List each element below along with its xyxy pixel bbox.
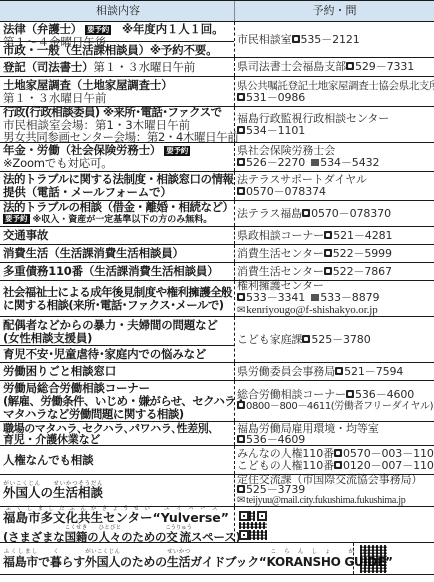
contact-name: 県司法書士会福島支部: [237, 60, 346, 73]
child-title: 育児不安･児童虐待･家庭内での悩みなど: [3, 348, 206, 361]
tel-icon: [346, 390, 354, 398]
column-divider: [234, 1, 235, 21]
mail-icon: ✉: [237, 305, 245, 316]
contact-email[interactable]: kenriyougo@f-shishakyo.or.jp: [246, 304, 377, 316]
land-schedule: 第１・３水曜日午前: [3, 92, 233, 104]
fax-icon: [311, 294, 319, 301]
admin-venue-2: 男女共同参画センター会場：第2・4木曜日午前: [3, 131, 233, 143]
column-divider: [234, 363, 235, 380]
tel-icon: [237, 293, 245, 301]
contact-tel[interactable]: 535－2121: [301, 33, 360, 46]
contact-tel[interactable]: 536－4600: [355, 388, 414, 401]
contact-name: 県政相談コーナー: [237, 229, 324, 242]
column-divider: [353, 543, 354, 574]
column-divider: [234, 317, 235, 362]
lawyer-title: 法律（弁護士）: [3, 22, 82, 36]
table-row-multiple-debt: 多重債務110番（生活課消費生活相談員） 消費生活センター522－7867: [0, 263, 434, 281]
column-divider: [234, 227, 235, 244]
table-row-koransho-guide: 福島市ふくしましで暮くらす外国人がいこくじんのための生活せいかつガイドブック“K…: [0, 543, 434, 575]
welfare-title-2: に関する相談(来所･電話･ファクス･メールで): [3, 299, 233, 312]
tel-icon: [237, 93, 245, 101]
legal-info-title-2: 提供（電話・メールフォームで）: [3, 186, 233, 199]
workplace-title-1: 職場のマタハラ､セクハラ､パワハラ､性差別､: [3, 423, 233, 434]
labor-trouble-title: 労働困りごと相談窓口: [3, 365, 233, 378]
traffic-title: 交通事故: [3, 229, 233, 242]
civic-contact-cell: 市民相談室535－2121: [237, 22, 432, 57]
tel-icon: [237, 158, 245, 166]
tel-icon: [237, 187, 245, 195]
table-row-administrative: 行政(行政相談委員) ※来所･電話･ファクスで 市民相談室会場：第1・3木曜日午…: [0, 107, 434, 143]
column-divider: [234, 143, 235, 171]
contact-name: 消費生活センター: [237, 265, 324, 278]
table-row-spouse-child: 配偶者などからの暴力・夫婦間の問題など (女性相談支援員) 育児不安･児童虐待･…: [0, 317, 434, 363]
column-divider: [234, 475, 235, 506]
tel-icon: [335, 367, 343, 375]
reservation-required-badge: 要予約: [164, 146, 190, 156]
reservation-required-badge: 要予約: [85, 25, 111, 35]
qr-code-koransho-guide[interactable]: [360, 545, 387, 573]
koransho-title: 福島市ふくしましで暮くらす外国人がいこくじんのための生活せいかつガイドブック“K…: [3, 549, 348, 569]
tel-icon: [237, 401, 245, 409]
tel-icon: [334, 461, 342, 469]
contact-tel[interactable]: 0120－007－110: [343, 459, 434, 472]
column-divider: [234, 422, 235, 445]
column-divider: [234, 381, 235, 421]
row-divider: [0, 41, 234, 42]
registry-schedule: 第１・３水曜日午前: [93, 60, 195, 74]
contact-tel[interactable]: 521－4281: [333, 229, 392, 242]
tel-icon: [302, 209, 310, 217]
legal-consult-title: 法的トラブルの相談（借金・離婚・相続など）: [3, 201, 233, 214]
fax-icon: [311, 159, 319, 166]
tel-icon: [324, 267, 332, 275]
column-divider: [234, 201, 235, 226]
tel-icon: [237, 435, 245, 443]
table-row-multicultural-center: 福島市多文化共生センターふくしましたぶんかきょうせい“Yulverseユイバース…: [0, 507, 434, 543]
table-row-welfare: 社会福祉士による成年後見制度や権利擁護全般 に関する相談(来所･電話･ファクス･…: [0, 281, 434, 317]
column-divider: [234, 107, 235, 142]
contact-email[interactable]: teijyuu@mail.city.fukushima.fukushima.jp: [246, 495, 405, 506]
contact-tel[interactable]: 522－7867: [333, 265, 392, 278]
column-divider: [234, 58, 235, 76]
table-row-foreigner-consult: 外国人がいこくじんの生活せいかつ相談そうだん 定住交流課（市国際交流協会事務局）…: [0, 475, 434, 507]
debt-title: 多重債務110番（生活課消費生活相談員）: [3, 265, 233, 278]
column-divider: [234, 245, 235, 262]
consumer-title: 消費生活（生活課消費生活相談員）: [3, 247, 233, 260]
labor-bureau-title-1: 労働局総合労働相談コーナー: [3, 382, 233, 395]
contact-tel[interactable]: 526－2270: [246, 156, 305, 169]
tel-icon: [237, 485, 245, 493]
row-divider: [0, 345, 234, 346]
table-row-consumer: 消費生活（生活課消費生活相談員） 消費生活センター522－5999: [0, 245, 434, 263]
contact-tel[interactable]: 521－7594: [344, 365, 403, 378]
legal-consult-note: ※収入・資産が一定基準以下の方のみ無料。: [33, 215, 213, 225]
column-divider: [234, 281, 235, 316]
column-divider: [234, 263, 235, 280]
tel-icon: [302, 335, 310, 343]
table-row-labor-trouble: 労働困りごと相談窓口 県労働委員会事務局521－7594: [0, 363, 434, 381]
welfare-title-1: 社会福祉士による成年後見制度や権利擁護全般: [3, 286, 233, 299]
tel-icon: [324, 249, 332, 257]
contact-tel[interactable]: 536－4609: [246, 433, 305, 446]
contact-tel[interactable]: 533－3341: [246, 291, 305, 304]
contact-tel[interactable]: 0570－078374: [246, 185, 326, 198]
lawyer-cell: 法律（弁護士）要予約※年度内１人１回。 第１～４金曜日午後 市政・一般（生活課相…: [3, 22, 233, 57]
contact-fax[interactable]: 534－5432: [320, 156, 379, 169]
contact-name: 県労働委員会事務局: [237, 365, 335, 378]
column-divider: [234, 22, 235, 57]
spouse-title-2: (女性相談支援員): [3, 332, 218, 345]
table-row-registry: 登記（司法書士）第１・３水曜日午前 県司法書士会福島支部529－7331: [0, 58, 434, 77]
registry-title: 登記（司法書士）: [3, 60, 93, 74]
column-divider: [234, 77, 235, 106]
contact-tel[interactable]: 531－0986: [246, 91, 305, 104]
column-divider: [234, 507, 235, 542]
tel-icon: [334, 449, 342, 457]
column-divider: [234, 446, 235, 474]
foreigner-title: 外国人がいこくじんの生活せいかつ相談そうだん: [3, 481, 233, 500]
table-row-human-rights: 人権なんでも相談 みんなの人権110番0570－003－110 こどもの人権11…: [0, 446, 434, 475]
contact-tel-freedial[interactable]: 0800－800－4611(労働者フリーダイヤル): [246, 401, 433, 412]
table-row-traffic-accident: 交通事故 県政相談コーナー521－4281: [0, 227, 434, 245]
tel-icon: [292, 35, 300, 43]
contact-name: 総合労働相談コーナー: [237, 388, 346, 401]
contact-name: 法テラス福島: [237, 207, 302, 220]
contact-name: 市民相談室: [237, 33, 292, 46]
table-row-legal-info: 法的トラブルに関する法制度・相談窓口の情報 提供（電話・メールフォームで） 法テ…: [0, 172, 434, 201]
pension-zoom-note: ※Zoomでも対応可。: [3, 157, 233, 170]
table-row-pension-labor: 年金・労働（社会保険労務士）要予約 ※Zoomでも対応可。 県社会保険労務士会 …: [0, 143, 434, 172]
civic-title: 市政・一般（生活課相談員）※予約不要。: [3, 44, 217, 57]
tel-icon: [237, 126, 245, 134]
human-rights-title: 人権なんでも相談: [3, 454, 233, 467]
contact-tel[interactable]: 529－7331: [355, 60, 414, 73]
contact-fax[interactable]: 533－8879: [320, 291, 379, 304]
tel-icon: [346, 62, 354, 70]
lawyer-note: ※年度内１人１回。: [122, 22, 223, 36]
workplace-title-2: 育児・介護休業など: [3, 434, 233, 445]
qr-code-yulverse[interactable]: [239, 511, 267, 540]
tel-icon: [324, 231, 332, 239]
contact-name: こども家庭課: [237, 333, 302, 346]
column-divider: [234, 172, 235, 200]
header-consultation-content: 相談内容: [3, 1, 233, 21]
contact-name: 消費生活センター: [237, 247, 324, 260]
contact-tel[interactable]: 522－5999: [333, 247, 392, 260]
contact-tel[interactable]: 534－1101: [246, 124, 305, 137]
contact-name: こどもの人権110番: [237, 459, 334, 472]
table-row-workplace-harassment: 職場のマタハラ､セクハラ､パワハラ､性差別､ 育児・介護休業など 福島労働局雇用…: [0, 422, 434, 446]
multicultural-subtitle: (さまざまな国籍こくせきの人々ひとびとのための交流こうりゅうスペース): [3, 525, 233, 544]
mail-icon: ✉: [237, 495, 245, 506]
contact-tel[interactable]: 525－3780: [311, 333, 370, 346]
reservation-required-badge: 要予約: [3, 214, 30, 224]
contact-tel[interactable]: 0570－078370: [311, 207, 391, 220]
labor-bureau-title-2: (解雇、労働条件、いじめ・嫌がらせ、セクハラ・: [3, 395, 233, 408]
header-reservation-inquiry: 予約・問: [237, 1, 432, 21]
table-header: 相談内容 予約・問: [0, 0, 434, 22]
pension-title: 年金・労働（社会保険労務士）: [3, 143, 161, 157]
table-row-legal-consult: 法的トラブルの相談（借金・離婚・相続など） 要予約※収入・資産が一定基準以下の方…: [0, 201, 434, 227]
table-row-lawyer-civic: 法律（弁護士）要予約※年度内１人１回。 第１～４金曜日午後 市政・一般（生活課相…: [0, 22, 434, 58]
labor-bureau-title-3: マタハラなど労働問題に関する相談): [3, 408, 233, 421]
table-row-labor-bureau: 労働局総合労働相談コーナー (解雇、労働条件、いじめ・嫌がらせ、セクハラ・ マタ…: [0, 381, 434, 422]
table-row-land-survey: 土地家屋調査（土地家屋調査士） 第１・３水曜日午前 県公共嘱託登記土地家屋調査士…: [0, 77, 434, 107]
multicultural-title: 福島市多文化共生センターふくしましたぶんかきょうせい“Yulverseユイバース…: [3, 506, 233, 525]
